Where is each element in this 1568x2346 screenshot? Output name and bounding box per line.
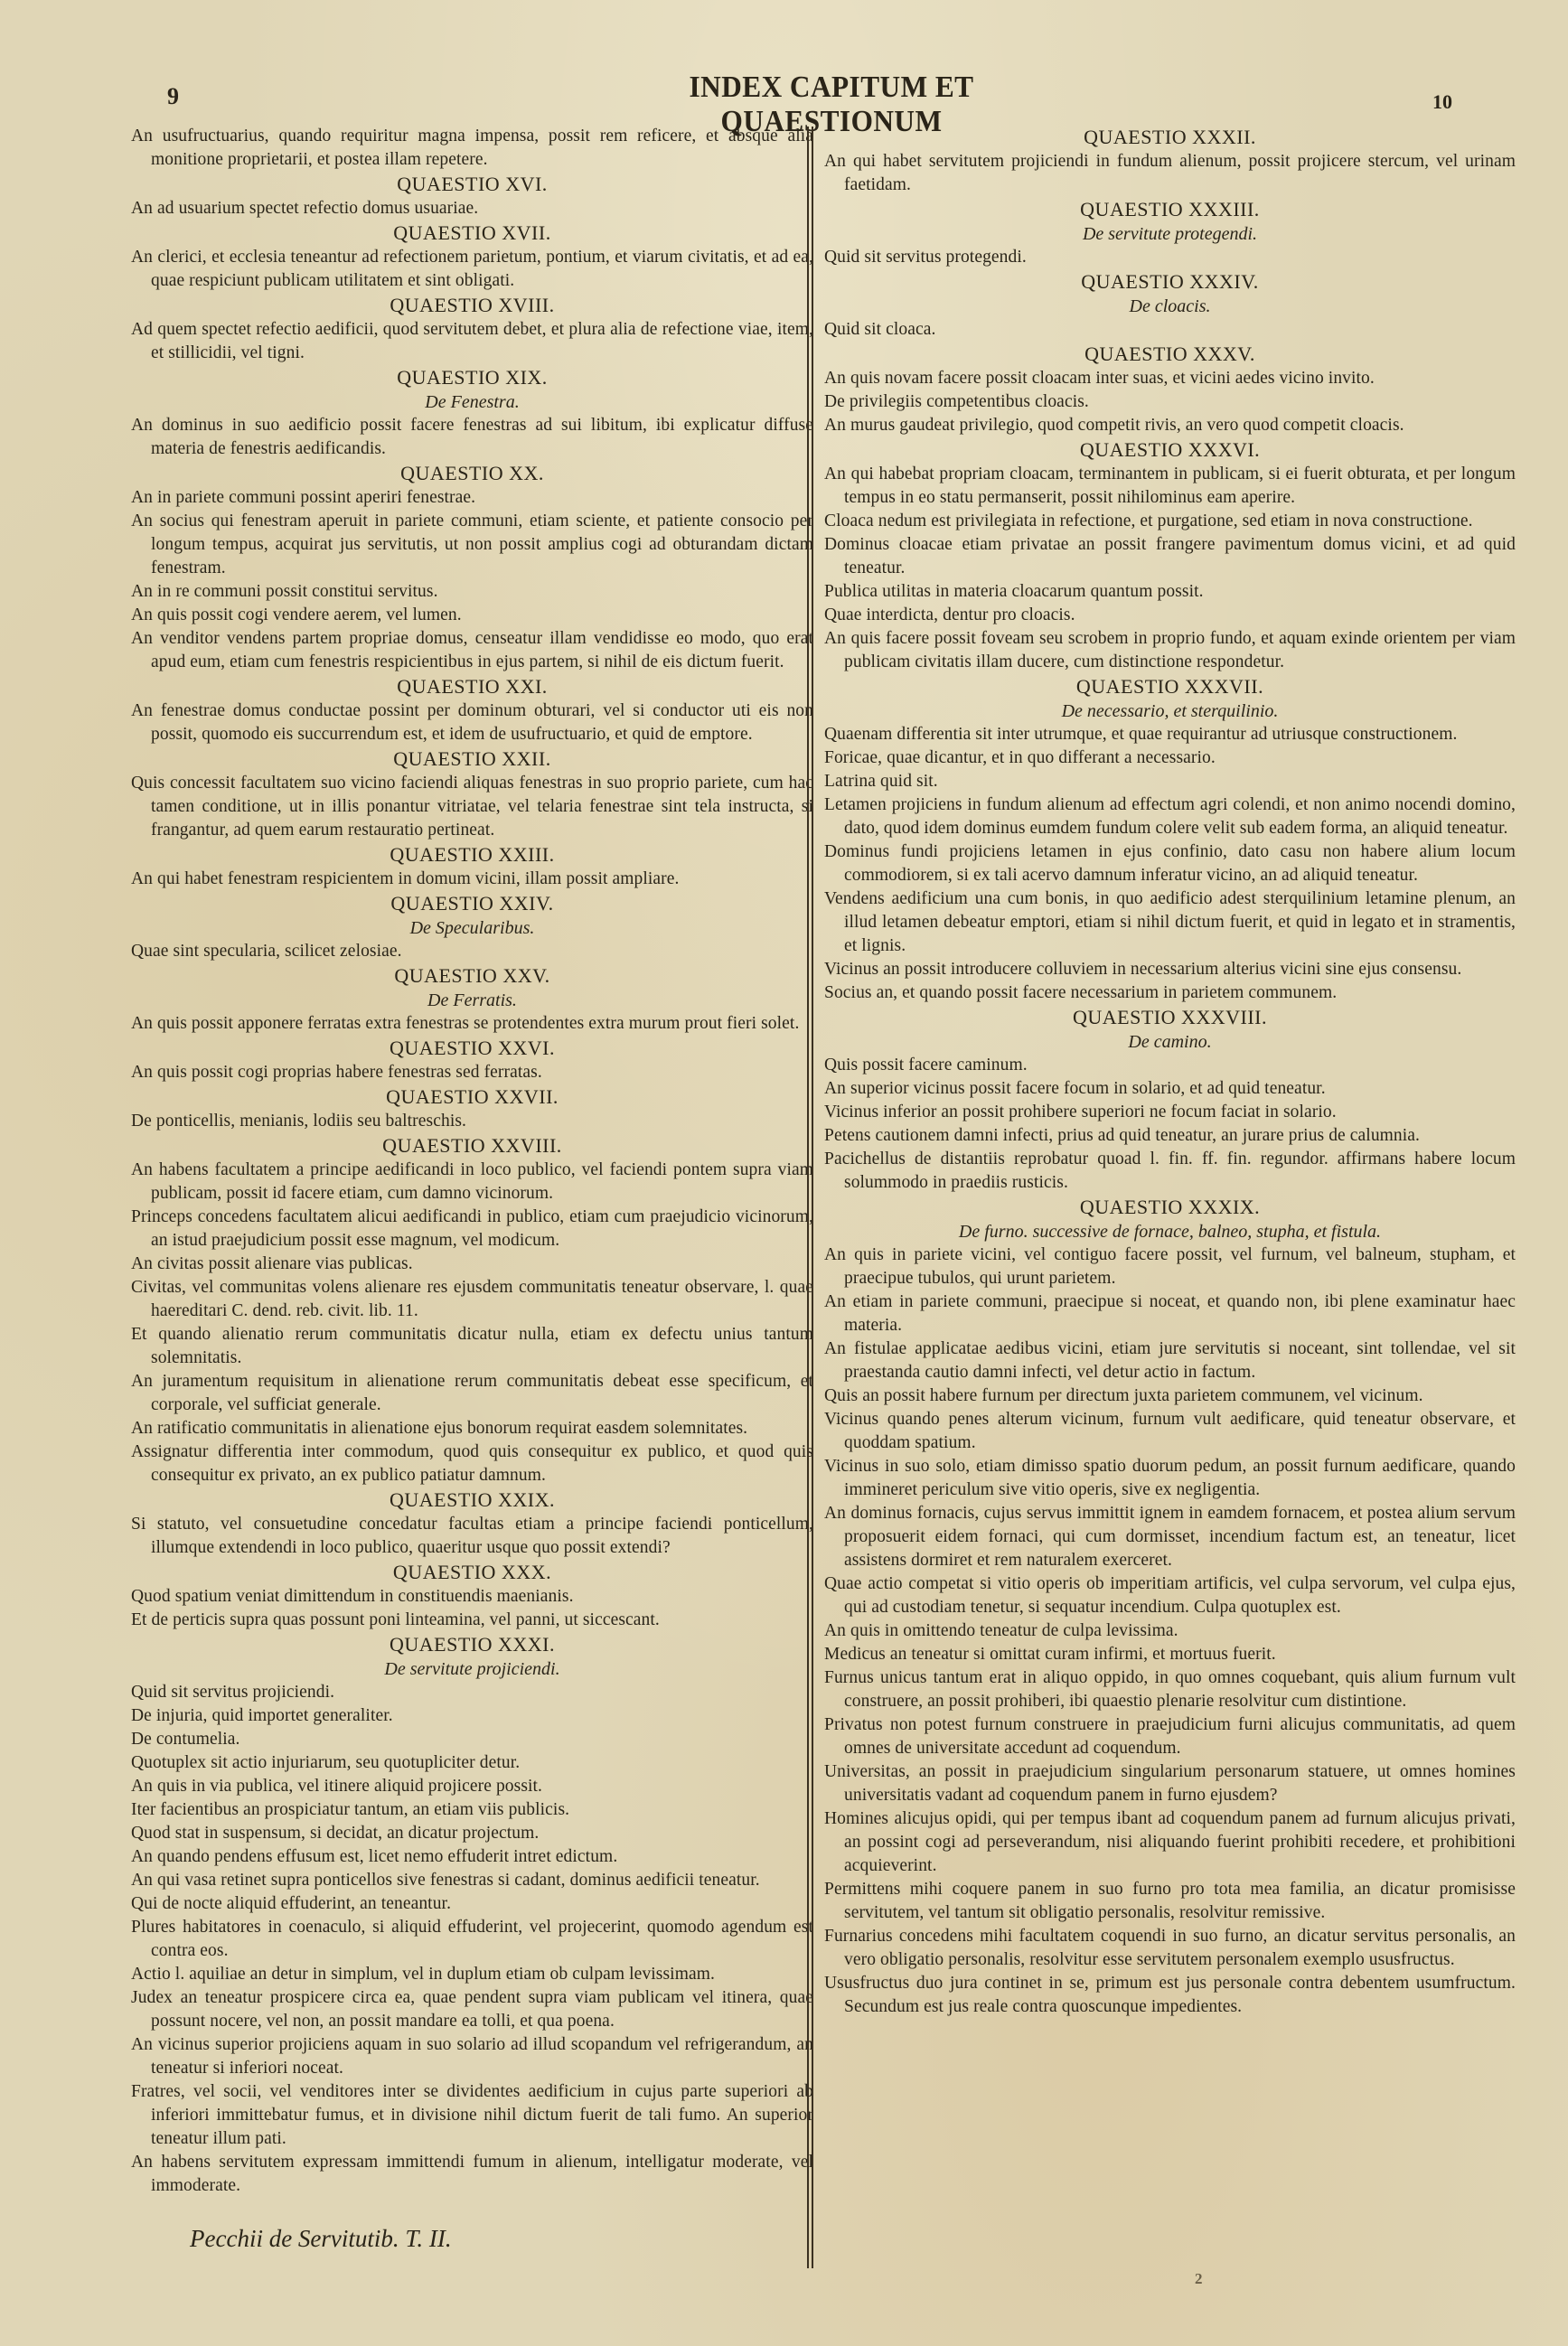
- section-subtitle: De cloacis.: [824, 295, 1516, 318]
- quaestio-heading: QUAESTIO XVIII.: [131, 293, 813, 318]
- index-entry: Homines alicujus opidi, qui per tempus i…: [824, 1807, 1516, 1878]
- quaestio-heading: QUAESTIO XXIV.: [131, 891, 813, 916]
- index-entry: An habens servitutem expressam immittend…: [131, 2151, 813, 2198]
- quaestio-heading: QUAESTIO XXVIII.: [131, 1133, 813, 1159]
- index-entry: Letamen projiciens in fundum alienum ad …: [824, 793, 1516, 840]
- index-entry: Civitas, vel communitas volens alienare …: [131, 1276, 813, 1323]
- index-entry: Furnus unicus tantum erat in aliquo oppi…: [824, 1666, 1516, 1713]
- quaestio-heading: QUAESTIO XXIII.: [131, 842, 813, 868]
- index-entry: An in pariete communi possint aperiri fe…: [131, 486, 813, 510]
- index-entry: De contumelia.: [131, 1728, 813, 1751]
- index-entry: Si statuto, vel consuetudine concedatur …: [131, 1513, 813, 1560]
- quaestio-heading: QUAESTIO XXXVII.: [824, 674, 1516, 699]
- quaestio-heading: QUAESTIO XVI.: [131, 172, 813, 197]
- index-entry: An dominus in suo aedificio possit facer…: [131, 414, 813, 461]
- index-entry: An in re communi possit constitui servit…: [131, 580, 813, 604]
- index-entry: Quae sint specularia, scilicet zelosiae.: [131, 940, 813, 963]
- index-entry: Dominus cloacae etiam privatae an possit…: [824, 533, 1516, 580]
- quaestio-heading: QUAESTIO XXXIII.: [824, 197, 1516, 222]
- index-entry: An etiam in pariete communi, praecipue s…: [824, 1290, 1516, 1337]
- index-entry: Quis possit facere caminum.: [824, 1054, 1516, 1077]
- index-entry: Permittens mihi coquere panem in suo fur…: [824, 1878, 1516, 1925]
- index-entry: Quis concessit facultatem suo vicino fac…: [131, 772, 813, 842]
- index-entry: Pacichellus de distantiis reprobatur quo…: [824, 1148, 1516, 1195]
- index-entry: An vicinus superior projiciens aquam in …: [131, 2033, 813, 2080]
- index-entry: Publica utilitas in materia cloacarum qu…: [824, 580, 1516, 604]
- index-entry: An clerici, et ecclesia teneantur ad ref…: [131, 246, 813, 293]
- index-entry: An ad usuarium spectet refectio domus us…: [131, 197, 813, 221]
- index-entry: Quod spatium veniat dimittendum in const…: [131, 1585, 813, 1609]
- index-entry: An quis possit cogi vendere aerem, vel l…: [131, 604, 813, 627]
- index-entry: An superior vicinus possit facere focum …: [824, 1077, 1516, 1101]
- section-subtitle: De furno. successive de fornace, balneo,…: [824, 1220, 1516, 1243]
- quaestio-heading: QUAESTIO XIX.: [131, 365, 813, 390]
- index-entry: Latrina quid sit.: [824, 770, 1516, 793]
- index-entry: An quis novam facere possit cloacam inte…: [824, 367, 1516, 390]
- index-entry: Et de perticis supra quas possunt poni l…: [131, 1609, 813, 1632]
- section-subtitle: De Fenestra.: [131, 390, 813, 414]
- index-entry: An quis in omittendo teneatur de culpa l…: [824, 1619, 1516, 1643]
- index-entry: Furnarius concedens mihi facultatem coqu…: [824, 1925, 1516, 1972]
- index-entry: An juramentum requisitum in alienatione …: [131, 1370, 813, 1417]
- index-entry: Cloaca nedum est privilegiata in refecti…: [824, 510, 1516, 533]
- index-entry: An quis possit apponere ferratas extra f…: [131, 1012, 813, 1036]
- section-subtitle: De necessario, et sterquilinio.: [824, 699, 1516, 723]
- index-entry: An dominus fornacis, cujus servus immitt…: [824, 1502, 1516, 1572]
- right-column: QUAESTIO XXXII.An qui habet servitutem p…: [824, 125, 1516, 2019]
- quaestio-heading: QUAESTIO XXXII.: [824, 125, 1516, 150]
- index-entry: Quid sit servitus projiciendi.: [131, 1681, 813, 1704]
- index-entry: Actio l. aquiliae an detur in simplum, v…: [131, 1963, 813, 1986]
- quaestio-heading: QUAESTIO XXII.: [131, 746, 813, 772]
- index-entry: Assignatur differentia inter commodum, q…: [131, 1440, 813, 1487]
- index-entry: Medicus an teneatur si omittat curam inf…: [824, 1643, 1516, 1666]
- index-entry: Ad quem spectet refectio aedificii, quod…: [131, 318, 813, 365]
- index-entry: An usufructuarius, quando requiritur mag…: [131, 125, 813, 172]
- index-entry: Dominus fundi projiciens letamen in ejus…: [824, 840, 1516, 887]
- footer-signature-mark: 2: [1195, 2270, 1203, 2288]
- index-entry: Quod stat in suspensum, si decidat, an d…: [131, 1822, 813, 1845]
- index-entry: Quae actio competat si vitio operis ob i…: [824, 1572, 1516, 1619]
- quaestio-heading: QUAESTIO XXV.: [131, 963, 813, 989]
- page-number-left: 9: [167, 83, 179, 110]
- section-subtitle: De camino.: [824, 1030, 1516, 1054]
- index-entry: Vendens aedificium una cum bonis, in quo…: [824, 887, 1516, 958]
- index-entry: An qui habet fenestram respicientem in d…: [131, 868, 813, 891]
- quaestio-heading: QUAESTIO XXXVI.: [824, 437, 1516, 463]
- column-divider: [807, 127, 813, 2268]
- index-entry: Quaenam differentia sit inter utrumque, …: [824, 723, 1516, 746]
- section-subtitle: De servitute protegendi.: [824, 222, 1516, 246]
- index-entry: Foricae, quae dicantur, et in quo differ…: [824, 746, 1516, 770]
- index-entry: An venditor vendens partem propriae domu…: [131, 627, 813, 674]
- quaestio-heading: QUAESTIO XXXIX.: [824, 1195, 1516, 1220]
- quaestio-heading: QUAESTIO XX.: [131, 461, 813, 486]
- index-entry: An qui vasa retinet supra ponticellos si…: [131, 1869, 813, 1892]
- index-entry: Socius an, et quando possit facere neces…: [824, 981, 1516, 1005]
- index-entry: An quis facere possit foveam seu scrobem…: [824, 627, 1516, 674]
- index-entry: An socius qui fenestram aperuit in parie…: [131, 510, 813, 580]
- index-entry: De privilegiis competentibus cloacis.: [824, 390, 1516, 414]
- index-entry: Et quando alienatio rerum communitatis d…: [131, 1323, 813, 1370]
- quaestio-heading: QUAESTIO XXVI.: [131, 1036, 813, 1061]
- index-entry: An ratificatio communitatis in alienatio…: [131, 1417, 813, 1440]
- index-entry: Princeps concedens facultatem alicui aed…: [131, 1206, 813, 1253]
- index-entry: An fenestrae domus conductae possint per…: [131, 699, 813, 746]
- index-entry: An qui habet servitutem projiciendi in f…: [824, 150, 1516, 197]
- index-entry: An quis in pariete vicini, vel contiguo …: [824, 1243, 1516, 1290]
- index-entry: An qui habebat propriam cloacam, termina…: [824, 463, 1516, 510]
- index-entry: An civitas possit alienare vias publicas…: [131, 1253, 813, 1276]
- quaestio-heading: QUAESTIO XXVII.: [131, 1084, 813, 1110]
- index-entry: An habens facultatem a principe aedifica…: [131, 1159, 813, 1206]
- index-entry: Quid sit cloaca.: [824, 318, 1516, 342]
- quaestio-heading: QUAESTIO XVII.: [131, 221, 813, 246]
- index-entry: De ponticellis, menianis, lodiis seu bal…: [131, 1110, 813, 1133]
- page-number-right: 10: [1432, 90, 1452, 114]
- index-entry: Quotuplex sit actio injuriarum, seu quot…: [131, 1751, 813, 1775]
- index-entry: Vicinus an possit introducere colluviem …: [824, 958, 1516, 981]
- index-entry: Iter facientibus an prospiciatur tantum,…: [131, 1798, 813, 1822]
- quaestio-heading: QUAESTIO XXI.: [131, 674, 813, 699]
- index-entry: Qui de nocte aliquid effuderint, an tene…: [131, 1892, 813, 1916]
- index-entry: Vicinus inferior an possit prohibere sup…: [824, 1101, 1516, 1124]
- index-entry: An quis in via publica, vel itinere aliq…: [131, 1775, 813, 1798]
- quaestio-heading: QUAESTIO XXXV.: [824, 342, 1516, 367]
- index-entry: Universitas, an possit in praejudicium s…: [824, 1760, 1516, 1807]
- quaestio-heading: QUAESTIO XXXI.: [131, 1632, 813, 1657]
- section-subtitle: De servitute projiciendi.: [131, 1657, 813, 1681]
- section-subtitle: De Ferratis.: [131, 989, 813, 1012]
- section-subtitle: De Specularibus.: [131, 916, 813, 940]
- index-entry: Ususfructus duo jura continet in se, pri…: [824, 1972, 1516, 2019]
- quaestio-heading: QUAESTIO XXXVIII.: [824, 1005, 1516, 1030]
- footer-signature: Pecchii de Servitutib. T. II.: [190, 2225, 452, 2253]
- index-entry: An quando pendens effusum est, licet nem…: [131, 1845, 813, 1869]
- index-entry: Vicinus quando penes alterum vicinum, fu…: [824, 1408, 1516, 1455]
- quaestio-heading: QUAESTIO XXXIV.: [824, 269, 1516, 295]
- index-entry: An quis possit cogi proprias habere fene…: [131, 1061, 813, 1084]
- index-entry: De injuria, quid importet generaliter.: [131, 1704, 813, 1728]
- quaestio-heading: QUAESTIO XXIX.: [131, 1487, 813, 1513]
- quaestio-heading: QUAESTIO XXX.: [131, 1560, 813, 1585]
- left-column: An usufructuarius, quando requiritur mag…: [131, 125, 813, 2198]
- index-entry: Vicinus in suo solo, etiam dimisso spati…: [824, 1455, 1516, 1502]
- index-entry: Plures habitatores in coenaculo, si aliq…: [131, 1916, 813, 1963]
- index-entry: Fratres, vel socii, vel venditores inter…: [131, 2080, 813, 2151]
- index-entry: An murus gaudeat privilegio, quod compet…: [824, 414, 1516, 437]
- index-entry: Quis an possit habere furnum per directu…: [824, 1384, 1516, 1408]
- index-entry: Petens cautionem damni infecti, prius ad…: [824, 1124, 1516, 1148]
- index-entry: Privatus non potest furnum construere in…: [824, 1713, 1516, 1760]
- index-entry: Judex an teneatur prospicere circa ea, q…: [131, 1986, 813, 2033]
- index-entry: An fistulae applicatae aedibus vicini, e…: [824, 1337, 1516, 1384]
- index-entry: Quae interdicta, dentur pro cloacis.: [824, 604, 1516, 627]
- index-entry: Quid sit servitus protegendi.: [824, 246, 1516, 269]
